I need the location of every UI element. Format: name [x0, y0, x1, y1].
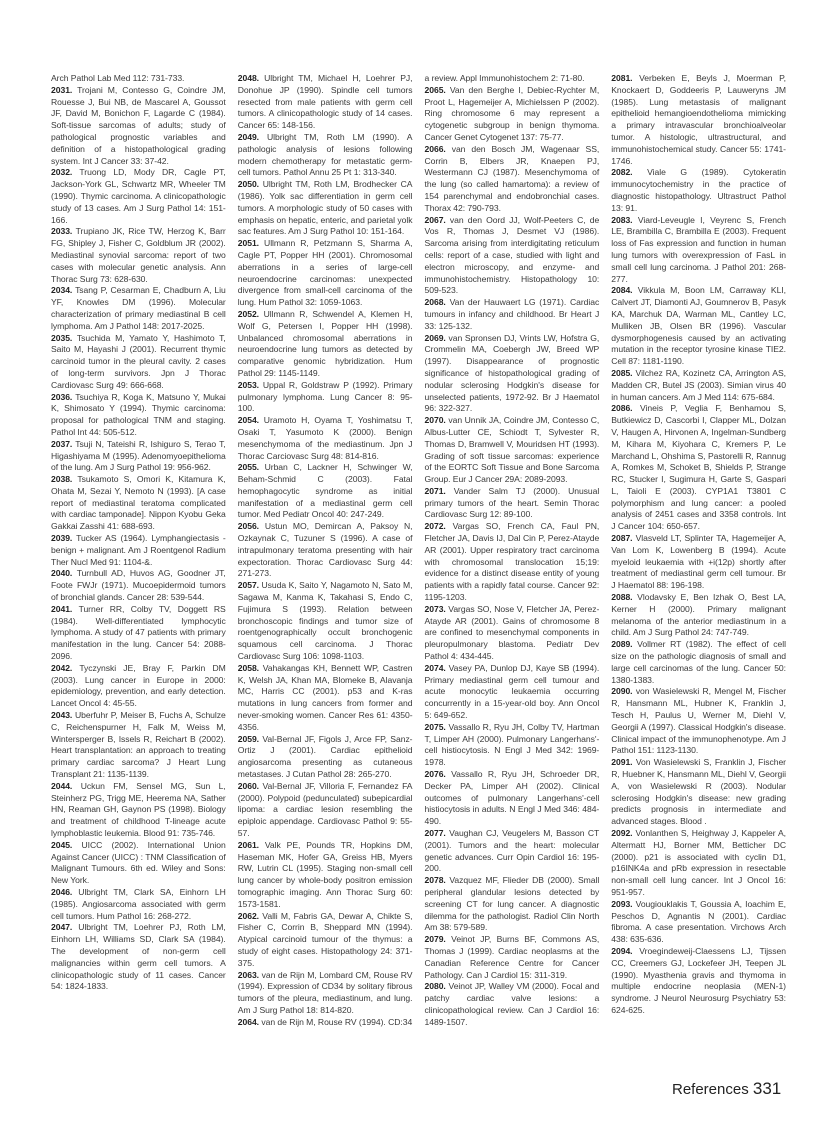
reference-number: 2058.: [238, 663, 259, 673]
reference-number: 2068.: [425, 297, 446, 307]
reference-text: Vonlanthen S, Heighway J, Kappeler A, Al…: [611, 828, 786, 897]
page-number: 331: [753, 1079, 781, 1098]
reference-text: von Wasielewski R, Mengel M, Fischer R, …: [611, 686, 786, 755]
reference-entry: 2084. Vikkula M, Boon LM, Carraway KLI, …: [611, 285, 786, 368]
reference-number: 2075.: [425, 722, 446, 732]
reference-text: Tsukamoto S, Omori K, Kitamura K, Ohata …: [51, 474, 226, 531]
reference-entry: 2062. Valli M, Fabris GA, Dewar A, Chikt…: [238, 911, 413, 970]
reference-entry: Arch Pathol Lab Med 112: 731-733.: [51, 73, 226, 85]
reference-text: Tsuji N, Tateishi R, Ishiguro S, Terao T…: [51, 439, 226, 473]
reference-entry: 2059. Val-Bernal JF, Figols J, Arce FP, …: [238, 734, 413, 781]
reference-text: Ulbright TM, Roth LM, Brodhecker CA (198…: [238, 179, 413, 236]
reference-entry: 2038. Tsukamoto S, Omori K, Kitamura K, …: [51, 474, 226, 533]
reference-entry: 2094. Vroegindeweij-Claessens LJ, Tijsse…: [611, 946, 786, 1017]
reference-entry: 2083. Viard-Leveugle I, Veyrenc S, Frenc…: [611, 215, 786, 286]
reference-text: Val-Bernal JF, Villoria F, Fernandez FA …: [238, 781, 413, 838]
reference-number: 2032.: [51, 167, 72, 177]
reference-entry: 2076. Vassallo R, Ryu JH, Schroeder DR, …: [425, 769, 600, 828]
reference-entry: 2071. Vander Salm TJ (2000). Unusual pri…: [425, 486, 600, 521]
reference-column-3: a review. Appl Immunohistochem 2: 71-80.…: [425, 73, 600, 1029]
reference-number: 2043.: [51, 710, 72, 720]
reference-entry: 2082. Viale G (1989). Cytokeratin immuno…: [611, 167, 786, 214]
reference-entry: 2070. van Unnik JA, Coindre JM, Contesso…: [425, 415, 600, 486]
reference-text: Uberfuhr P, Meiser B, Fuchs A, Schulze C…: [51, 710, 226, 779]
reference-number: 2066.: [425, 144, 446, 154]
reference-entry: 2089. Vollmer RT (1982). The effect of c…: [611, 639, 786, 686]
reference-number: 2080.: [425, 981, 446, 991]
reference-number: 2078.: [425, 875, 446, 885]
reference-text: Urban C, Lackner H, Schwinger W, Beham-S…: [238, 462, 413, 519]
reference-entry: 2032. Truong LD, Mody DR, Cagle PT, Jack…: [51, 167, 226, 226]
reference-text: van Unnik JA, Coindre JM, Contesso C, Al…: [425, 415, 600, 484]
reference-text: Van den Berghe I, Debiec-Rychter M, Proo…: [425, 85, 600, 142]
reference-number: 2074.: [425, 663, 446, 673]
reference-text: UICC (2002). International Union Against…: [51, 840, 226, 885]
reference-number: 2079.: [425, 934, 446, 944]
reference-column-4: 2081. Verbeken E, Beyls J, Moerman P, Kn…: [611, 73, 786, 1029]
reference-entry: 2090. von Wasielewski R, Mengel M, Fisch…: [611, 686, 786, 757]
reference-entry: 2055. Urban C, Lackner H, Schwinger W, B…: [238, 462, 413, 521]
reference-text: Vroegindeweij-Claessens LJ, Tijssen CC, …: [611, 946, 786, 1015]
reference-number: 2055.: [238, 462, 259, 472]
reference-columns: Arch Pathol Lab Med 112: 731-733.2031. T…: [51, 73, 786, 1029]
reference-entry: a review. Appl Immunohistochem 2: 71-80.: [425, 73, 600, 85]
reference-text: a review. Appl Immunohistochem 2: 71-80.: [425, 73, 585, 83]
reference-entry: 2079. Veinot JP, Burns BF, Commons AS, T…: [425, 934, 600, 981]
reference-text: Turnbull AD, Huvos AG, Goodner JT, Foote…: [51, 568, 226, 602]
reference-number: 2081.: [611, 73, 632, 83]
reference-text: Usuda K, Saito Y, Nagamoto N, Sato M, Sa…: [238, 580, 413, 661]
footer-section-title: References: [672, 1081, 749, 1098]
reference-entry: 2077. Vaughan CJ, Veugelers M, Basson CT…: [425, 828, 600, 875]
reference-text: Truong LD, Mody DR, Cagle PT, Jackson-Yo…: [51, 167, 226, 224]
reference-entry: 2054. Uramoto H, Oyama T, Yoshimatsu T, …: [238, 415, 413, 462]
reference-number: 2050.: [238, 179, 259, 189]
reference-number: 2065.: [425, 85, 446, 95]
reference-number: 2062.: [238, 911, 259, 921]
reference-entry: 2058. Vahakangas KH, Bennett WP, Castren…: [238, 663, 413, 734]
reference-number: 2056.: [238, 521, 259, 531]
reference-number: 2091.: [611, 757, 632, 767]
reference-entry: 2067. van den Oord JJ, Wolf-Peeters C, d…: [425, 215, 600, 298]
reference-entry: 2068. Van der Hauwaert LG (1971). Cardia…: [425, 297, 600, 332]
reference-number: 2036.: [51, 392, 72, 402]
reference-column-2: 2048. Ulbright TM, Michael H, Loehrer PJ…: [238, 73, 413, 1029]
reference-text: Trupiano JK, Rice TW, Herzog K, Barr FG,…: [51, 226, 226, 283]
reference-text: Vineis P, Veglia F, Benhamou S, Butkiewi…: [611, 403, 786, 531]
reference-text: Vollmer RT (1982). The effect of cell si…: [611, 639, 786, 684]
reference-text: Veinot JP, Burns BF, Commons AS, Thomas …: [425, 934, 600, 979]
reference-text: Vlasveld LT, Splinter TA, Hagemeijer A, …: [611, 533, 786, 590]
reference-entry: 2073. Vargas SO, Nose V, Fletcher JA, Pe…: [425, 604, 600, 663]
reference-number: 2071.: [425, 486, 446, 496]
reference-number: 2093.: [611, 899, 632, 909]
reference-number: 2037.: [51, 439, 72, 449]
reference-number: 2059.: [238, 734, 259, 744]
reference-entry: 2041. Turner RR, Colby TV, Doggett RS (1…: [51, 604, 226, 663]
reference-number: 2094.: [611, 946, 632, 956]
reference-number: 2041.: [51, 604, 72, 614]
reference-number: 2031.: [51, 85, 72, 95]
reference-number: 2045.: [51, 840, 72, 850]
reference-number: 2039.: [51, 533, 72, 543]
reference-text: Vander Salm TJ (2000). Unusual primary t…: [425, 486, 600, 520]
reference-entry: 2040. Turnbull AD, Huvos AG, Goodner JT,…: [51, 568, 226, 603]
reference-entry: 2092. Vonlanthen S, Heighway J, Kappeler…: [611, 828, 786, 899]
reference-text: Valli M, Fabris GA, Dewar A, Chikte S, F…: [238, 911, 413, 968]
reference-number: 2090.: [611, 686, 632, 696]
document-page: Arch Pathol Lab Med 112: 731-733.2031. T…: [0, 0, 816, 1123]
reference-entry: 2044. Uckun FM, Sensel MG, Sun L, Steinh…: [51, 781, 226, 840]
reference-text: Valk PE, Pounds TR, Hopkins DM, Haseman …: [238, 840, 413, 909]
reference-number: 2069.: [425, 333, 446, 343]
reference-number: 2049.: [238, 132, 259, 142]
reference-entry: 2051. Ullmann R, Petzmann S, Sharma A, C…: [238, 238, 413, 309]
reference-text: Vlodavsky E, Ben Izhak O, Best LA, Kerne…: [611, 592, 786, 637]
reference-number: 2042.: [51, 663, 72, 673]
reference-number: 2053.: [238, 380, 259, 390]
reference-number: 2044.: [51, 781, 72, 791]
reference-text: Van der Hauwaert LG (1971). Cardiac tumo…: [425, 297, 600, 331]
reference-text: van den Bosch JM, Wagenaar SS, Corrin B,…: [425, 144, 600, 213]
reference-entry: 2060. Val-Bernal JF, Villoria F, Fernand…: [238, 781, 413, 840]
reference-text: van de Rijn M, Lombard CM, Rouse RV (199…: [238, 970, 413, 1015]
reference-number: 2038.: [51, 474, 72, 484]
reference-text: Ustun MO, Demircan A, Paksoy N, Ozkaynak…: [238, 521, 413, 578]
reference-number: 2060.: [238, 781, 259, 791]
reference-entry: 2061. Valk PE, Pounds TR, Hopkins DM, Ha…: [238, 840, 413, 911]
reference-entry: 2087. Vlasveld LT, Splinter TA, Hagemeij…: [611, 533, 786, 592]
reference-text: Tsuchiya R, Koga K, Matsuno Y, Mukai K, …: [51, 392, 226, 437]
reference-number: 2052.: [238, 309, 259, 319]
reference-text: van Spronsen DJ, Vrints LW, Hofstra G, C…: [425, 333, 600, 414]
reference-text: Ulbright TM, Roth LM (1990). A pathologi…: [238, 132, 413, 177]
reference-text: Von Wasielewski S, Franklin J, Fischer R…: [611, 757, 786, 826]
reference-number: 2077.: [425, 828, 446, 838]
reference-number: 2033.: [51, 226, 72, 236]
reference-entry: 2047. Ulbright TM, Loehrer PJ, Roth LM, …: [51, 922, 226, 993]
reference-number: 2047.: [51, 922, 72, 932]
reference-number: 2085.: [611, 368, 632, 378]
reference-text: Ullmann R, Schwendel A, Klemen H, Wolf G…: [238, 309, 413, 378]
reference-number: 2088.: [611, 592, 632, 602]
reference-entry: 2048. Ulbright TM, Michael H, Loehrer PJ…: [238, 73, 413, 132]
reference-text: Vasey PA, Dunlop DJ, Kaye SB (1994). Pri…: [425, 663, 600, 720]
reference-number: 2048.: [238, 73, 259, 83]
reference-text: Tyczynski JE, Bray F, Parkin DM (2003). …: [51, 663, 226, 708]
reference-entry: 2088. Vlodavsky E, Ben Izhak O, Best LA,…: [611, 592, 786, 639]
reference-number: 2057.: [238, 580, 259, 590]
reference-number: 2092.: [611, 828, 632, 838]
reference-number: 2051.: [238, 238, 259, 248]
reference-text: Val-Bernal JF, Figols J, Arce FP, Sanz-O…: [238, 734, 413, 779]
reference-entry: 2091. Von Wasielewski S, Franklin J, Fis…: [611, 757, 786, 828]
reference-entry: 2035. Tsuchida M, Yamato Y, Hashimoto T,…: [51, 333, 226, 392]
reference-text: van den Oord JJ, Wolf-Peeters C, de Vos …: [425, 215, 600, 296]
reference-number: 2054.: [238, 415, 259, 425]
reference-entry: 2081. Verbeken E, Beyls J, Moerman P, Kn…: [611, 73, 786, 167]
reference-text: Vilchez RA, Kozinetz CA, Arrington AS, M…: [611, 368, 786, 402]
reference-entry: 2037. Tsuji N, Tateishi R, Ishiguro S, T…: [51, 439, 226, 474]
reference-entry: 2085. Vilchez RA, Kozinetz CA, Arrington…: [611, 368, 786, 403]
reference-text: Turner RR, Colby TV, Doggett RS (1984). …: [51, 604, 226, 661]
reference-number: 2076.: [425, 769, 446, 779]
reference-entry: 2049. Ulbright TM, Roth LM (1990). A pat…: [238, 132, 413, 179]
reference-number: 2070.: [425, 415, 446, 425]
reference-text: Vazquez MF, Flieder DB (2000). Small per…: [425, 875, 600, 932]
reference-text: Tsang P, Cesarman E, Chadburn A, Liu YF,…: [51, 285, 226, 330]
reference-text: Arch Pathol Lab Med 112: 731-733.: [51, 73, 184, 83]
reference-text: Uramoto H, Oyama T, Yoshimatsu T, Osaki …: [238, 415, 413, 460]
reference-number: 2083.: [611, 215, 632, 225]
reference-text: Vassallo R, Ryu JH, Colby TV, Hartman T,…: [425, 722, 600, 767]
reference-entry: 2056. Ustun MO, Demircan A, Paksoy N, Oz…: [238, 521, 413, 580]
reference-entry: 2033. Trupiano JK, Rice TW, Herzog K, Ba…: [51, 226, 226, 285]
reference-text: Ulbright TM, Loehrer PJ, Roth LM, Einhor…: [51, 922, 226, 991]
reference-number: 2073.: [425, 604, 446, 614]
reference-text: Ullmann R, Petzmann S, Sharma A, Cagle P…: [238, 238, 413, 307]
reference-entry: 2066. van den Bosch JM, Wagenaar SS, Cor…: [425, 144, 600, 215]
reference-text: Uppal R, Goldstraw P (1992). Primary pul…: [238, 380, 413, 414]
reference-entry: 2036. Tsuchiya R, Koga K, Matsuno Y, Muk…: [51, 392, 226, 439]
reference-text: Verbeken E, Beyls J, Moerman P, Knockaer…: [611, 73, 786, 166]
reference-text: Vougiouklakis T, Goussia A, Ioachim E, P…: [611, 899, 786, 944]
reference-entry: 2043. Uberfuhr P, Meiser B, Fuchs A, Sch…: [51, 710, 226, 781]
reference-entry: 2074. Vasey PA, Dunlop DJ, Kaye SB (1994…: [425, 663, 600, 722]
reference-entry: 2069. van Spronsen DJ, Vrints LW, Hofstr…: [425, 333, 600, 416]
reference-entry: 2045. UICC (2002). International Union A…: [51, 840, 226, 887]
reference-number: 2087.: [611, 533, 632, 543]
reference-entry: 2050. Ulbright TM, Roth LM, Brodhecker C…: [238, 179, 413, 238]
reference-text: Ulbright TM, Michael H, Loehrer PJ, Dono…: [238, 73, 413, 130]
reference-text: Vikkula M, Boon LM, Carraway KLI, Calver…: [611, 285, 786, 366]
reference-text: Vargas SO, Nose V, Fletcher JA, Perez-At…: [425, 604, 600, 661]
reference-text: Vaughan CJ, Veugelers M, Basson CT (2001…: [425, 828, 600, 873]
reference-number: 2035.: [51, 333, 72, 343]
reference-entry: 2053. Uppal R, Goldstraw P (1992). Prima…: [238, 380, 413, 415]
reference-text: Viard-Leveugle I, Veyrenc S, French LE, …: [611, 215, 786, 284]
reference-entry: 2093. Vougiouklakis T, Goussia A, Ioachi…: [611, 899, 786, 946]
reference-entry: 2034. Tsang P, Cesarman E, Chadburn A, L…: [51, 285, 226, 332]
reference-entry: 2042. Tyczynski JE, Bray F, Parkin DM (2…: [51, 663, 226, 710]
reference-text: Viale G (1989). Cytokeratin immunocytoch…: [611, 167, 786, 212]
reference-number: 2067.: [425, 215, 446, 225]
reference-column-1: Arch Pathol Lab Med 112: 731-733.2031. T…: [51, 73, 226, 1029]
reference-text: Vargas SO, French CA, Faul PN, Fletcher …: [425, 521, 600, 602]
reference-entry: 2052. Ullmann R, Schwendel A, Klemen H, …: [238, 309, 413, 380]
reference-text: Ulbright TM, Clark SA, Einhorn LH (1985)…: [51, 887, 226, 921]
reference-number: 2084.: [611, 285, 632, 295]
reference-entry: 2072. Vargas SO, French CA, Faul PN, Fle…: [425, 521, 600, 604]
reference-number: 2061.: [238, 840, 259, 850]
reference-entry: 2039. Tucker AS (1964). Lymphangiectasis…: [51, 533, 226, 568]
reference-entry: 2065. Van den Berghe I, Debiec-Rychter M…: [425, 85, 600, 144]
reference-text: Uckun FM, Sensel MG, Sun L, Steinherz PG…: [51, 781, 226, 838]
reference-number: 2086.: [611, 403, 632, 413]
reference-text: Tsuchida M, Yamato Y, Hashimoto T, Saito…: [51, 333, 226, 390]
reference-entry: 2075. Vassallo R, Ryu JH, Colby TV, Hart…: [425, 722, 600, 769]
reference-entry: 2031. Trojani M, Contesso G, Coindre JM,…: [51, 85, 226, 168]
reference-number: 2064.: [238, 1017, 259, 1027]
reference-entry: 2064. van de Rijn M, Rouse RV (1994). CD…: [238, 1017, 413, 1029]
reference-text: Veinot JP, Walley VM (2000). Focal and p…: [425, 981, 600, 1026]
reference-entry: 2080. Veinot JP, Walley VM (2000). Focal…: [425, 981, 600, 1028]
reference-number: 2040.: [51, 568, 72, 578]
reference-text: Vassallo R, Ryu JH, Schroeder DR, Decker…: [425, 769, 600, 826]
reference-number: 2063.: [238, 970, 259, 980]
reference-entry: 2063. van de Rijn M, Lombard CM, Rouse R…: [238, 970, 413, 1017]
reference-entry: 2086. Vineis P, Veglia F, Benhamou S, Bu…: [611, 403, 786, 533]
reference-text: van de Rijn M, Rouse RV (1994). CD:34: [261, 1017, 412, 1027]
reference-text: Tucker AS (1964). Lymphangiectasis - ben…: [51, 533, 226, 567]
reference-entry: 2078. Vazquez MF, Flieder DB (2000). Sma…: [425, 875, 600, 934]
reference-entry: 2057. Usuda K, Saito Y, Nagamoto N, Sato…: [238, 580, 413, 663]
reference-number: 2034.: [51, 285, 72, 295]
reference-number: 2082.: [611, 167, 632, 177]
reference-entry: 2046. Ulbright TM, Clark SA, Einhorn LH …: [51, 887, 226, 922]
reference-number: 2046.: [51, 887, 72, 897]
reference-number: 2089.: [611, 639, 632, 649]
reference-number: 2072.: [425, 521, 446, 531]
page-footer: References 331: [672, 1079, 781, 1099]
reference-text: Vahakangas KH, Bennett WP, Castren K, We…: [238, 663, 413, 732]
reference-text: Trojani M, Contesso G, Coindre JM, Roues…: [51, 85, 226, 166]
